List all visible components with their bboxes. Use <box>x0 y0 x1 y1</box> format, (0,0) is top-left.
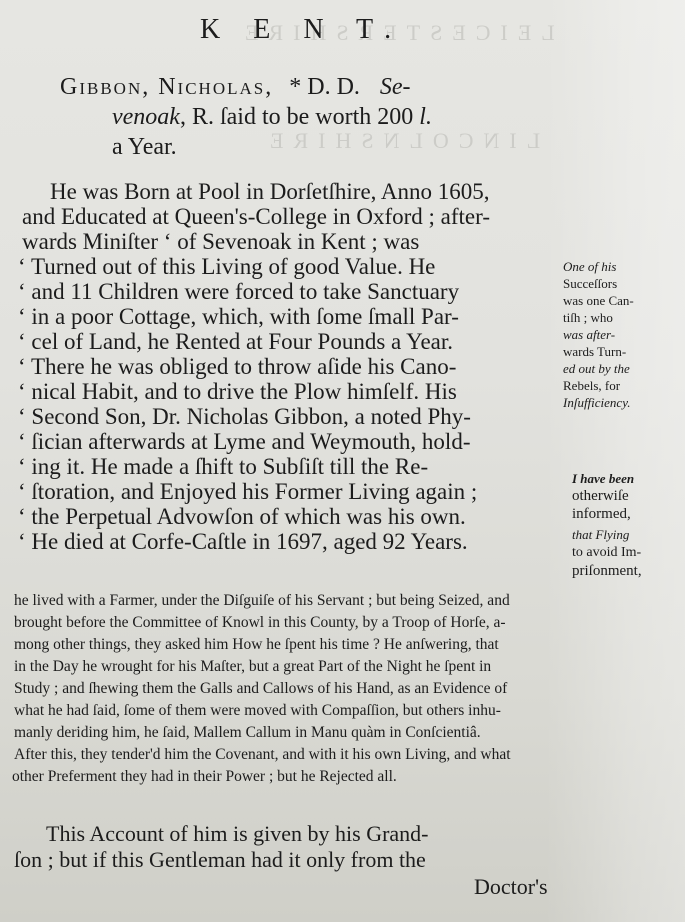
body-line: and Educated at Queen's-College in Oxfor… <box>22 203 490 231</box>
footnote-line: After this, they tender'd him the Covena… <box>14 745 511 765</box>
entry-place-part-1: Se- <box>380 74 411 100</box>
body-line: ‘ and 11 Children were forced to take Sa… <box>18 278 459 306</box>
entry-living-value: , R. ſaid to be worth 200 <box>180 104 413 130</box>
margin-line: priſonment, <box>572 563 642 581</box>
margin-line: tiſh ; who <box>563 309 613 327</box>
body-line: ‘ There he was obliged to throw aſide hi… <box>18 353 456 381</box>
entry-degree: * D. D. <box>289 74 360 100</box>
body-line: ‘ nical Habit, and to drive the Plow him… <box>18 378 457 406</box>
catchword: Doctor's <box>474 873 548 901</box>
footnote-line: brought before the Committee of Knowl in… <box>14 613 506 633</box>
page-lighting <box>545 0 685 922</box>
body-line: ‘ ſician afterwards at Lyme and Weymouth… <box>18 428 470 456</box>
body-line: wards Miniſter ‘ of Sevenoak in Kent ; w… <box>22 228 419 256</box>
margin-line: otherwiſe <box>572 488 629 506</box>
margin-line: informed, <box>572 506 631 524</box>
body-line: ‘ ing it. He made a ſhift to Subſiſt til… <box>18 453 428 481</box>
margin-line: Succeſſors <box>563 275 617 293</box>
entry-currency: l. <box>419 104 432 130</box>
margin-line: to avoid Im- <box>572 544 641 562</box>
footnote-line: mong other things, they asked him How he… <box>14 635 499 655</box>
body-line: ‘ Second Son, Dr. Nicholas Gibbon, a not… <box>18 403 471 431</box>
running-heading: K E N T. <box>200 14 404 46</box>
margin-line: One of his <box>563 258 616 276</box>
footnote-line: Study ; and ſhewing them the Galls and C… <box>14 679 507 699</box>
entry-header: Gibbon, Nicholas, * D. D. Se- venoak, R.… <box>60 72 560 162</box>
entry-name: Gibbon, Nicholas, <box>60 74 273 100</box>
margin-line: was after- <box>563 326 615 344</box>
margin-line: wards Turn- <box>563 343 626 361</box>
footnote-line: other Preferment they had in their Power… <box>12 767 397 787</box>
body-line: ‘ ſtoration, and Enjoyed his Former Livi… <box>18 478 477 506</box>
entry-header-line-1: Gibbon, Nicholas, * D. D. Se- <box>60 72 560 102</box>
book-page: LEICESTERSHIRE LINCOLNSHIRE K E N T. Gib… <box>0 0 685 922</box>
entry-header-line-2: venoak, R. ſaid to be worth 200 l. <box>60 102 560 132</box>
body-line: ‘ the Perpetual Advowſon of which was hi… <box>18 503 466 531</box>
body-line: ‘ He died at Corfe-Caſtle in 1697, aged … <box>18 528 468 556</box>
margin-line: I have been <box>572 470 634 488</box>
margin-line: ed out by the <box>563 360 630 378</box>
body-line: ‘ cel of Land, he Rented at Four Pounds … <box>18 328 453 356</box>
margin-line: was one Can- <box>563 292 634 310</box>
margin-line: Rebels, for <box>563 377 620 395</box>
footnote-line: he lived with a Farmer, under the Diſgui… <box>14 591 510 611</box>
body-line: ‘ in a poor Cottage, which, with ſome ſm… <box>18 303 459 331</box>
entry-header-line-3: a Year. <box>60 132 560 162</box>
margin-line: that Flying <box>572 526 629 544</box>
closing-line: ſon ; but if this Gentleman had it only … <box>14 846 426 874</box>
entry-place-part-2: venoak <box>112 104 180 130</box>
body-line: ‘ Turned out of this Living of good Valu… <box>18 253 435 281</box>
footnote-line: manly deriding him, he ſaid, Mallem Call… <box>14 723 481 743</box>
body-line: He was Born at Pool in Dorſetſhire, Anno… <box>50 178 490 206</box>
footnote-line: in the Day he wrought for his Maſter, bu… <box>14 657 491 677</box>
margin-line: Inſufficiency. <box>563 394 631 412</box>
closing-line: This Account of him is given by his Gran… <box>46 820 429 848</box>
footnote-line: what he had ſaid, ſome of them were move… <box>14 701 501 721</box>
